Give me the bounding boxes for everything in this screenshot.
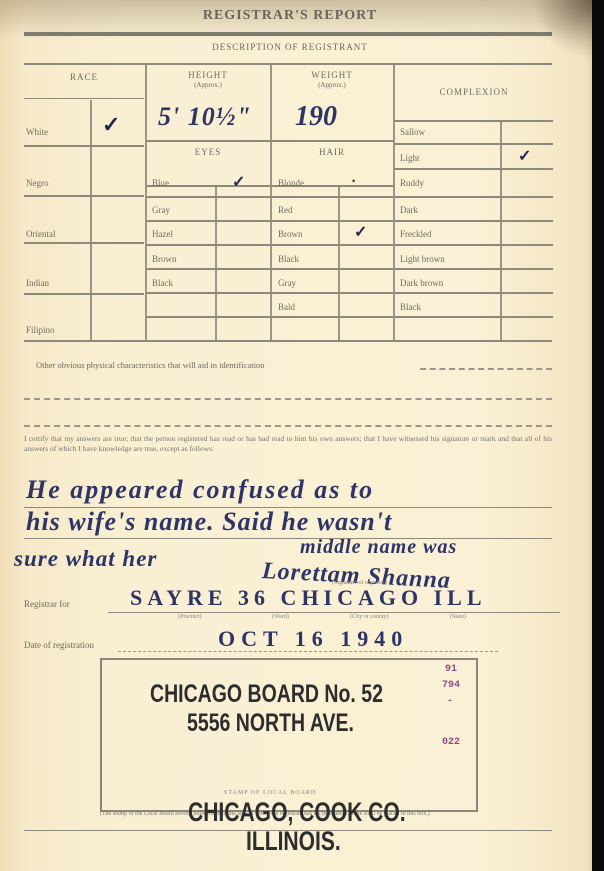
height-value: 5' 10½" xyxy=(158,102,252,132)
race-option-oriental: Oriental xyxy=(26,229,56,239)
certification-text: I certify that my answers are true; that… xyxy=(24,434,552,454)
other-characteristics-line xyxy=(420,368,552,370)
table-rule xyxy=(24,145,144,147)
stamp-code-1: 91 xyxy=(445,664,457,675)
stamp-code-4: 022 xyxy=(442,737,460,748)
complexion-option-light: Light xyxy=(400,153,420,163)
date-of-registration-value: OCT 16 1940 xyxy=(218,626,408,652)
state-label: (State) xyxy=(450,614,466,620)
complexion-option-black: Black xyxy=(400,302,421,312)
handwritten-remark-line-1: He appeared confused as to xyxy=(26,475,374,505)
hair-option-brown: Brown xyxy=(278,229,303,239)
table-rule xyxy=(393,65,395,340)
eyes-checkmark: ✓ xyxy=(232,172,245,192)
complexion-option-sallow: Sallow xyxy=(400,127,425,137)
handwritten-remark-line-2: his wife's name. Said he wasn't xyxy=(26,507,392,537)
handwritten-remark-line-4: middle name was xyxy=(300,536,457,559)
table-rule xyxy=(24,98,144,99)
stamp-code-2: 794 xyxy=(442,680,460,691)
eyes-header: EYES xyxy=(147,147,269,157)
hair-header: HAIR xyxy=(272,147,392,157)
table-rule xyxy=(395,292,553,294)
race-option-negro: Negro xyxy=(26,178,49,188)
height-header: HEIGHT (Approx.) xyxy=(147,70,269,90)
complexion-option-dark-brown: Dark brown xyxy=(400,278,443,288)
table-rule xyxy=(395,168,553,170)
table-rule xyxy=(500,122,502,340)
table-rule xyxy=(90,100,92,340)
stamp-state: ILLINOIS. xyxy=(246,826,341,857)
race-checkmark: ✓ xyxy=(102,112,120,138)
table-rule xyxy=(147,292,393,294)
height-sub: (Approx.) xyxy=(147,80,269,90)
table-rule xyxy=(395,143,553,145)
race-header: RACE xyxy=(24,72,144,82)
eyes-option-blue: Blue xyxy=(152,178,169,188)
weight-label: WEIGHT xyxy=(311,70,353,80)
hair-option-red: Red xyxy=(278,205,293,215)
table-rule xyxy=(395,196,553,198)
eyes-option-black: Black xyxy=(152,278,173,288)
race-option-filipino: Filipino xyxy=(26,325,55,335)
table-rule xyxy=(395,244,553,246)
table-rule xyxy=(147,244,393,246)
table-rule xyxy=(395,268,553,270)
weight-sub: (Approx.) xyxy=(272,80,392,90)
table-rule xyxy=(147,268,393,270)
race-option-indian: Indian xyxy=(26,278,49,288)
date-of-registration-label: Date of registration xyxy=(24,640,94,650)
complexion-checkmark: ✓ xyxy=(518,146,531,166)
description-table: RACE HEIGHT (Approx.) WEIGHT (Approx.) C… xyxy=(0,0,592,350)
eyes-option-hazel: Hazel xyxy=(152,229,173,239)
blank-line xyxy=(24,398,552,400)
race-option-white: White xyxy=(26,127,48,137)
draft-card-page: REGISTRAR'S REPORT DESCRIPTION OF REGIST… xyxy=(0,0,592,871)
table-rule xyxy=(395,120,553,122)
complexion-option-ruddy: Ruddy xyxy=(400,178,424,188)
complexion-option-freckled: Freckled xyxy=(400,229,432,239)
hair-option-blonde: Blonde xyxy=(278,178,304,188)
blank-line xyxy=(24,425,552,427)
complexion-header: COMPLEXION xyxy=(395,87,553,97)
writing-line xyxy=(24,538,552,539)
hair-stray-mark: • xyxy=(352,176,355,186)
stamp-box-label: STAMP OF LOCAL BOARD xyxy=(224,790,316,796)
table-rule xyxy=(147,196,393,198)
weight-value: 190 xyxy=(295,101,337,133)
table-rule xyxy=(395,316,553,318)
hair-checkmark: ✓ xyxy=(354,222,367,242)
table-rule xyxy=(24,242,144,244)
stamp-board-name: CHICAGO BOARD No. 52 xyxy=(150,680,383,709)
table-rule xyxy=(147,140,393,142)
eyes-option-gray: Gray xyxy=(152,205,170,215)
stamp-code-3: - xyxy=(447,696,453,707)
table-rule xyxy=(24,293,144,295)
table-rule xyxy=(145,65,147,340)
ward-label: (Ward) xyxy=(272,614,289,620)
weight-header: WEIGHT (Approx.) xyxy=(272,70,392,90)
table-rule xyxy=(395,220,553,222)
eyes-option-brown: Brown xyxy=(152,254,177,264)
height-label: HEIGHT xyxy=(188,70,228,80)
hair-option-gray: Gray xyxy=(278,278,296,288)
stamp-county: CHICAGO, COOK CO. xyxy=(188,797,406,828)
registrar-for-value: SAYRE 36 CHICAGO ILL xyxy=(130,585,487,611)
registrar-for-label: Registrar for xyxy=(24,599,70,609)
city-label: (City or county) xyxy=(350,614,389,620)
hair-option-bald: Bald xyxy=(278,302,295,312)
other-characteristics-label: Other obvious physical characteristics t… xyxy=(36,360,265,370)
precinct-label: (Precinct) xyxy=(178,614,202,620)
complexion-option-light-brown: Light brown xyxy=(400,254,445,264)
table-rule xyxy=(270,65,272,340)
writing-line xyxy=(108,612,560,613)
stamp-address: 5556 NORTH AVE. xyxy=(187,709,354,738)
hair-option-black: Black xyxy=(278,254,299,264)
handwritten-remark-line-3: sure what her xyxy=(14,546,157,572)
table-rule xyxy=(147,185,393,187)
table-rule xyxy=(24,195,144,197)
table-rule xyxy=(24,340,552,342)
table-rule xyxy=(147,316,393,318)
complexion-option-dark: Dark xyxy=(400,205,418,215)
